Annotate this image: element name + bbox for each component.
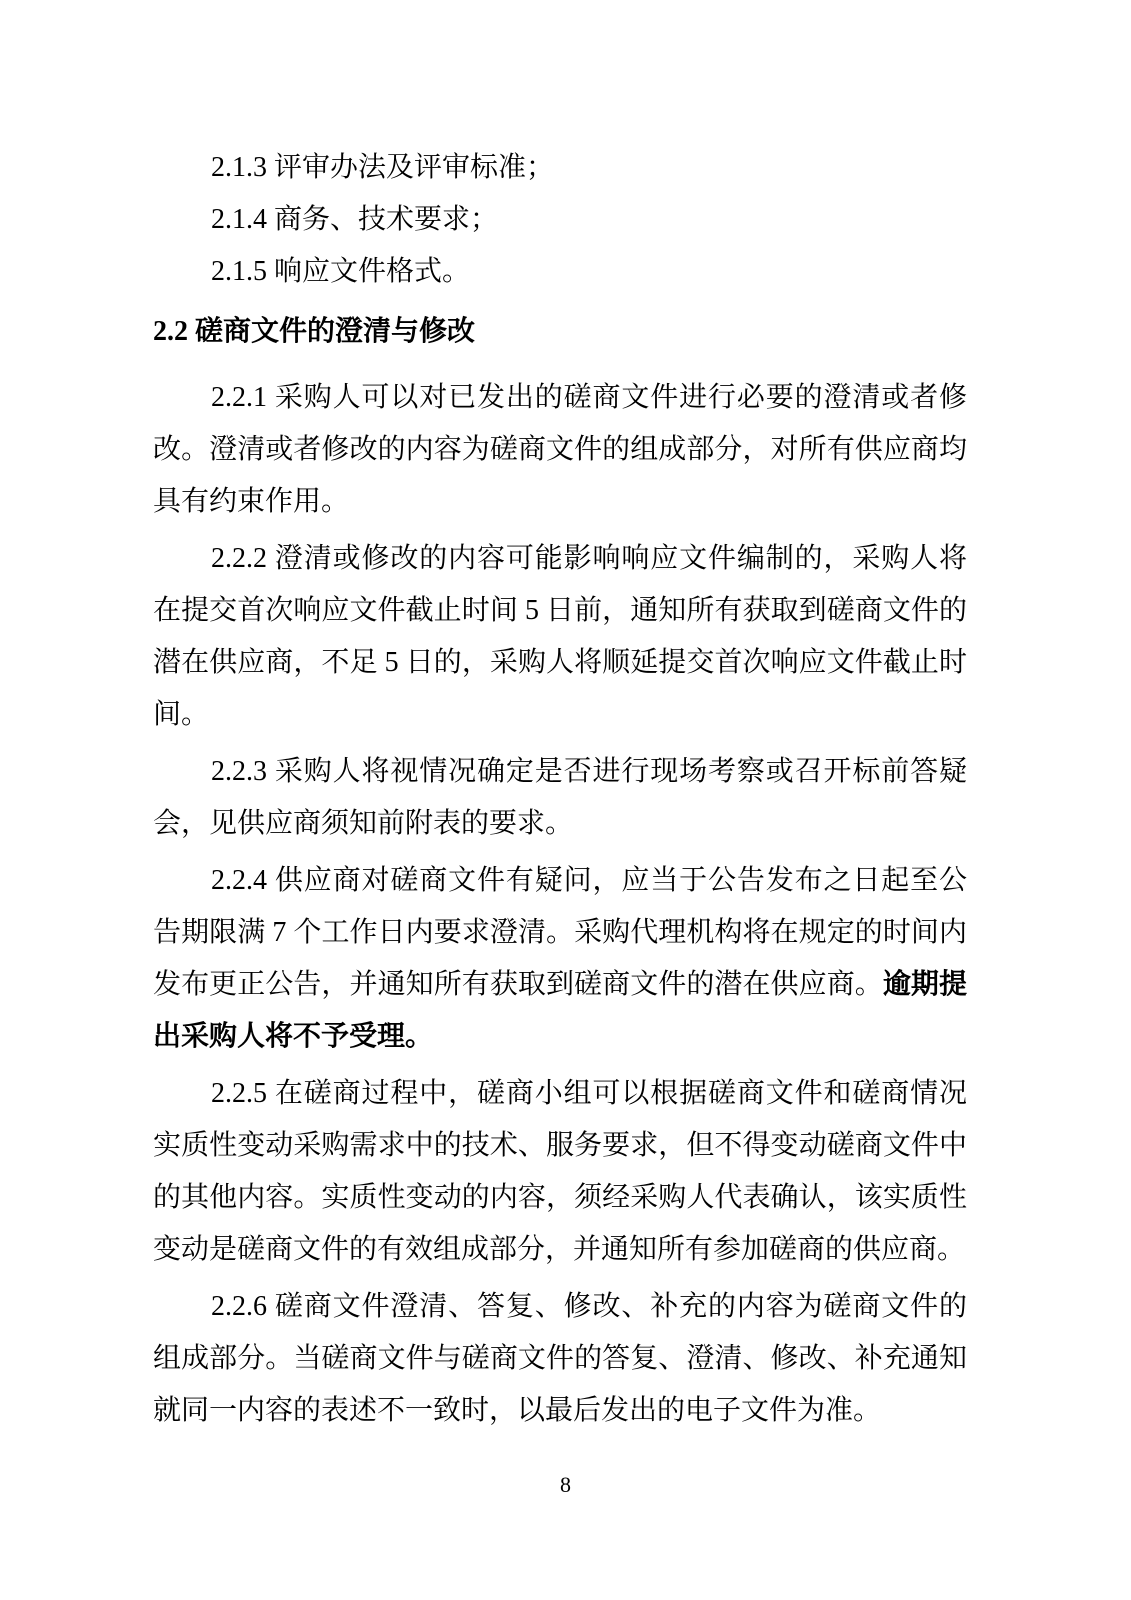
- list-item-2-1-5: 2.1.5 响应文件格式。: [153, 246, 967, 298]
- list-item-2-1-3: 2.1.3 评审办法及评审标准；: [153, 142, 967, 194]
- list-item-2-1-4: 2.1.4 商务、技术要求；: [153, 194, 967, 246]
- paragraph-2-2-5: 2.2.5 在磋商过程中，磋商小组可以根据磋商文件和磋商情况实质性变动采购需求中…: [153, 1068, 967, 1276]
- document-page: 2.1.3 评审办法及评审标准； 2.1.4 商务、技术要求； 2.1.5 响应…: [0, 0, 1131, 1600]
- document-body: 2.1.3 评审办法及评审标准； 2.1.4 商务、技术要求； 2.1.5 响应…: [153, 142, 967, 1437]
- paragraph-2-2-2: 2.2.2 澄清或修改的内容可能影响响应文件编制的，采购人将在提交首次响应文件截…: [153, 533, 967, 741]
- page-number: 8: [0, 1472, 1131, 1498]
- section-heading-2-2: 2.2 磋商文件的澄清与修改: [153, 306, 967, 358]
- paragraph-2-2-3: 2.2.3 采购人将视情况确定是否进行现场考察或召开标前答疑会，见供应商须知前附…: [153, 746, 967, 850]
- paragraph-2-2-4: 2.2.4 供应商对磋商文件有疑问，应当于公告发布之日起至公告期限满 7 个工作…: [153, 855, 967, 1063]
- paragraph-2-2-1: 2.2.1 采购人可以对已发出的磋商文件进行必要的澄清或者修改。澄清或者修改的内…: [153, 372, 967, 528]
- paragraph-2-2-4-normal-text: 2.2.4 供应商对磋商文件有疑问，应当于公告发布之日起至公告期限满 7 个工作…: [153, 865, 967, 1000]
- paragraph-2-2-6: 2.2.6 磋商文件澄清、答复、修改、补充的内容为磋商文件的组成部分。当磋商文件…: [153, 1281, 967, 1437]
